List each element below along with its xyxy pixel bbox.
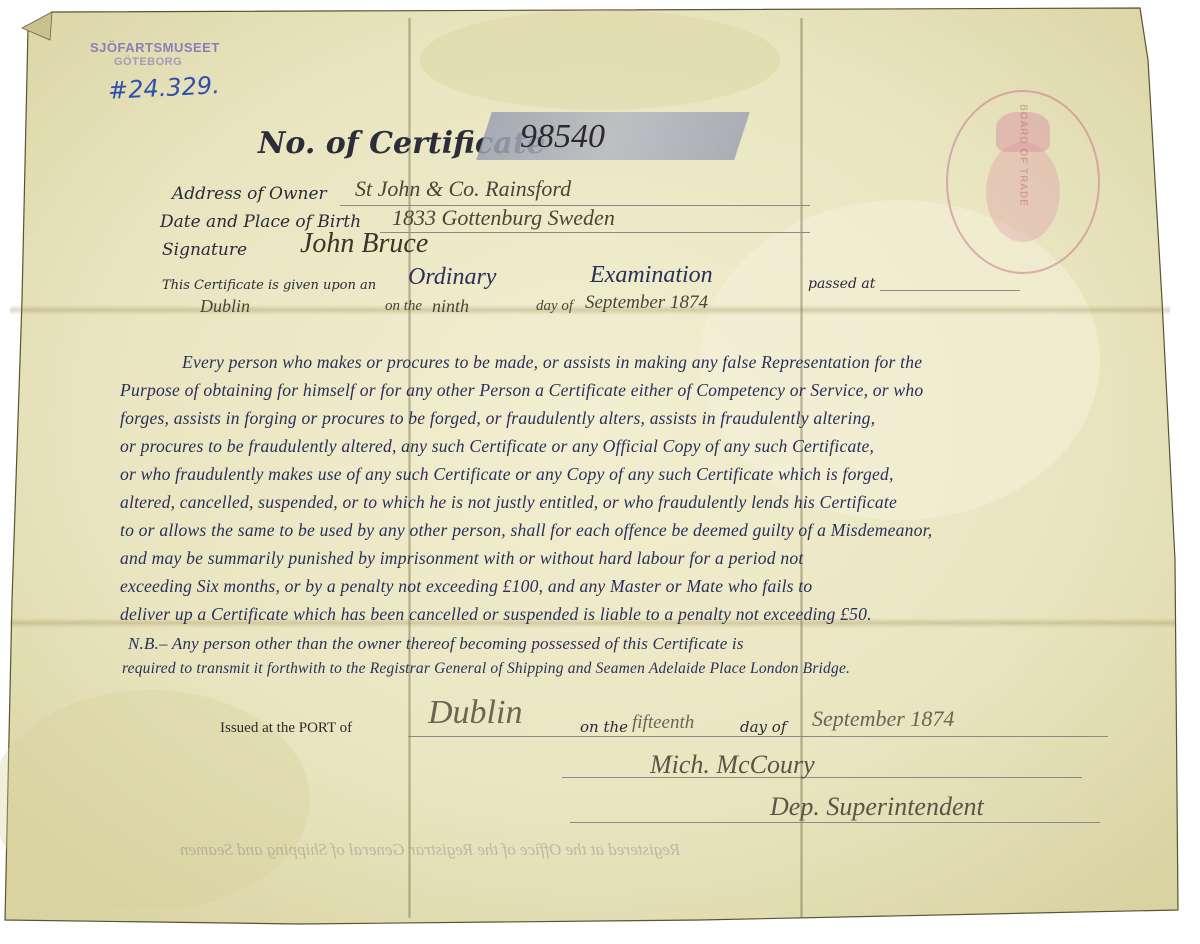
warning-line: forges, assists in forging or procures t… bbox=[120, 408, 875, 429]
issued-month-year: September 1874 bbox=[812, 706, 954, 732]
warning-line: deliver up a Certificate which has been … bbox=[120, 604, 872, 625]
warning-line: and may be summarily punished by impriso… bbox=[120, 548, 803, 569]
issued-port: Dublin bbox=[428, 694, 522, 732]
exam-type: Ordinary bbox=[408, 264, 496, 291]
exam-month-year: September 1874 bbox=[585, 292, 708, 314]
certificate-number: 98540 bbox=[520, 118, 605, 156]
signature-rule bbox=[570, 822, 1100, 823]
nb-line: required to transmit it forthwith to the… bbox=[122, 660, 850, 678]
exam-prefix: This Certificate is given upon an bbox=[162, 278, 376, 293]
bleed-through-text: Registered at the Office of the Registra… bbox=[180, 840, 680, 860]
exam-word: Examination bbox=[590, 262, 713, 289]
inventory-number: #24.329. bbox=[107, 71, 220, 105]
warning-line: exceeding Six months, or by a penalty no… bbox=[120, 576, 812, 597]
exam-day: ninth bbox=[432, 296, 469, 317]
field-rule bbox=[880, 290, 1020, 291]
official-signature: Mich. McCoury bbox=[650, 750, 815, 780]
field-value-address: St John & Co. Rainsford bbox=[355, 176, 571, 202]
exam-on-the: on the bbox=[385, 298, 422, 315]
official-title: Dep. Superintendent bbox=[770, 792, 984, 822]
board-of-trade-seal: BOARD OF TRADE bbox=[946, 90, 1100, 274]
field-label-address: Address of Owner bbox=[172, 184, 327, 204]
warning-line: altered, cancelled, suspended, or to whi… bbox=[120, 492, 897, 513]
museum-stamp-city: GÖTEBORG bbox=[114, 56, 182, 68]
warning-line: or who fraudulently makes use of any suc… bbox=[120, 464, 894, 485]
certificate-number-band bbox=[476, 112, 750, 160]
signature-rule bbox=[562, 777, 1082, 778]
warning-line: Purpose of obtaining for himself or for … bbox=[120, 380, 923, 401]
exam-day-of: day of bbox=[536, 298, 573, 315]
warning-line: or procures to be fraudulently altered, … bbox=[120, 436, 874, 457]
certificate-document: SJÖFARTSMUSEET GÖTEBORG #24.329. BOARD O… bbox=[0, 0, 1200, 944]
exam-suffix: passed at bbox=[808, 276, 875, 292]
issued-day-of: day of bbox=[740, 718, 786, 736]
issued-day: fifteenth bbox=[632, 712, 694, 734]
nb-line: N.B.– Any person other than the owner th… bbox=[128, 634, 744, 654]
warning-line: to or allows the same to be used by any … bbox=[120, 520, 932, 541]
warning-line: Every person who makes or procures to be… bbox=[182, 352, 922, 373]
issued-prefix: Issued at the PORT of bbox=[220, 720, 352, 737]
issued-on-the: on the bbox=[580, 718, 628, 736]
field-label-signature: Signature bbox=[162, 240, 247, 260]
seal-text: BOARD OF TRADE bbox=[1018, 81, 1029, 231]
field-rule bbox=[408, 736, 1108, 737]
owner-signature: John Bruce bbox=[300, 228, 428, 260]
field-rule bbox=[380, 232, 810, 233]
exam-place: Dublin bbox=[200, 296, 250, 317]
museum-stamp-name: SJÖFARTSMUSEET bbox=[90, 40, 220, 55]
